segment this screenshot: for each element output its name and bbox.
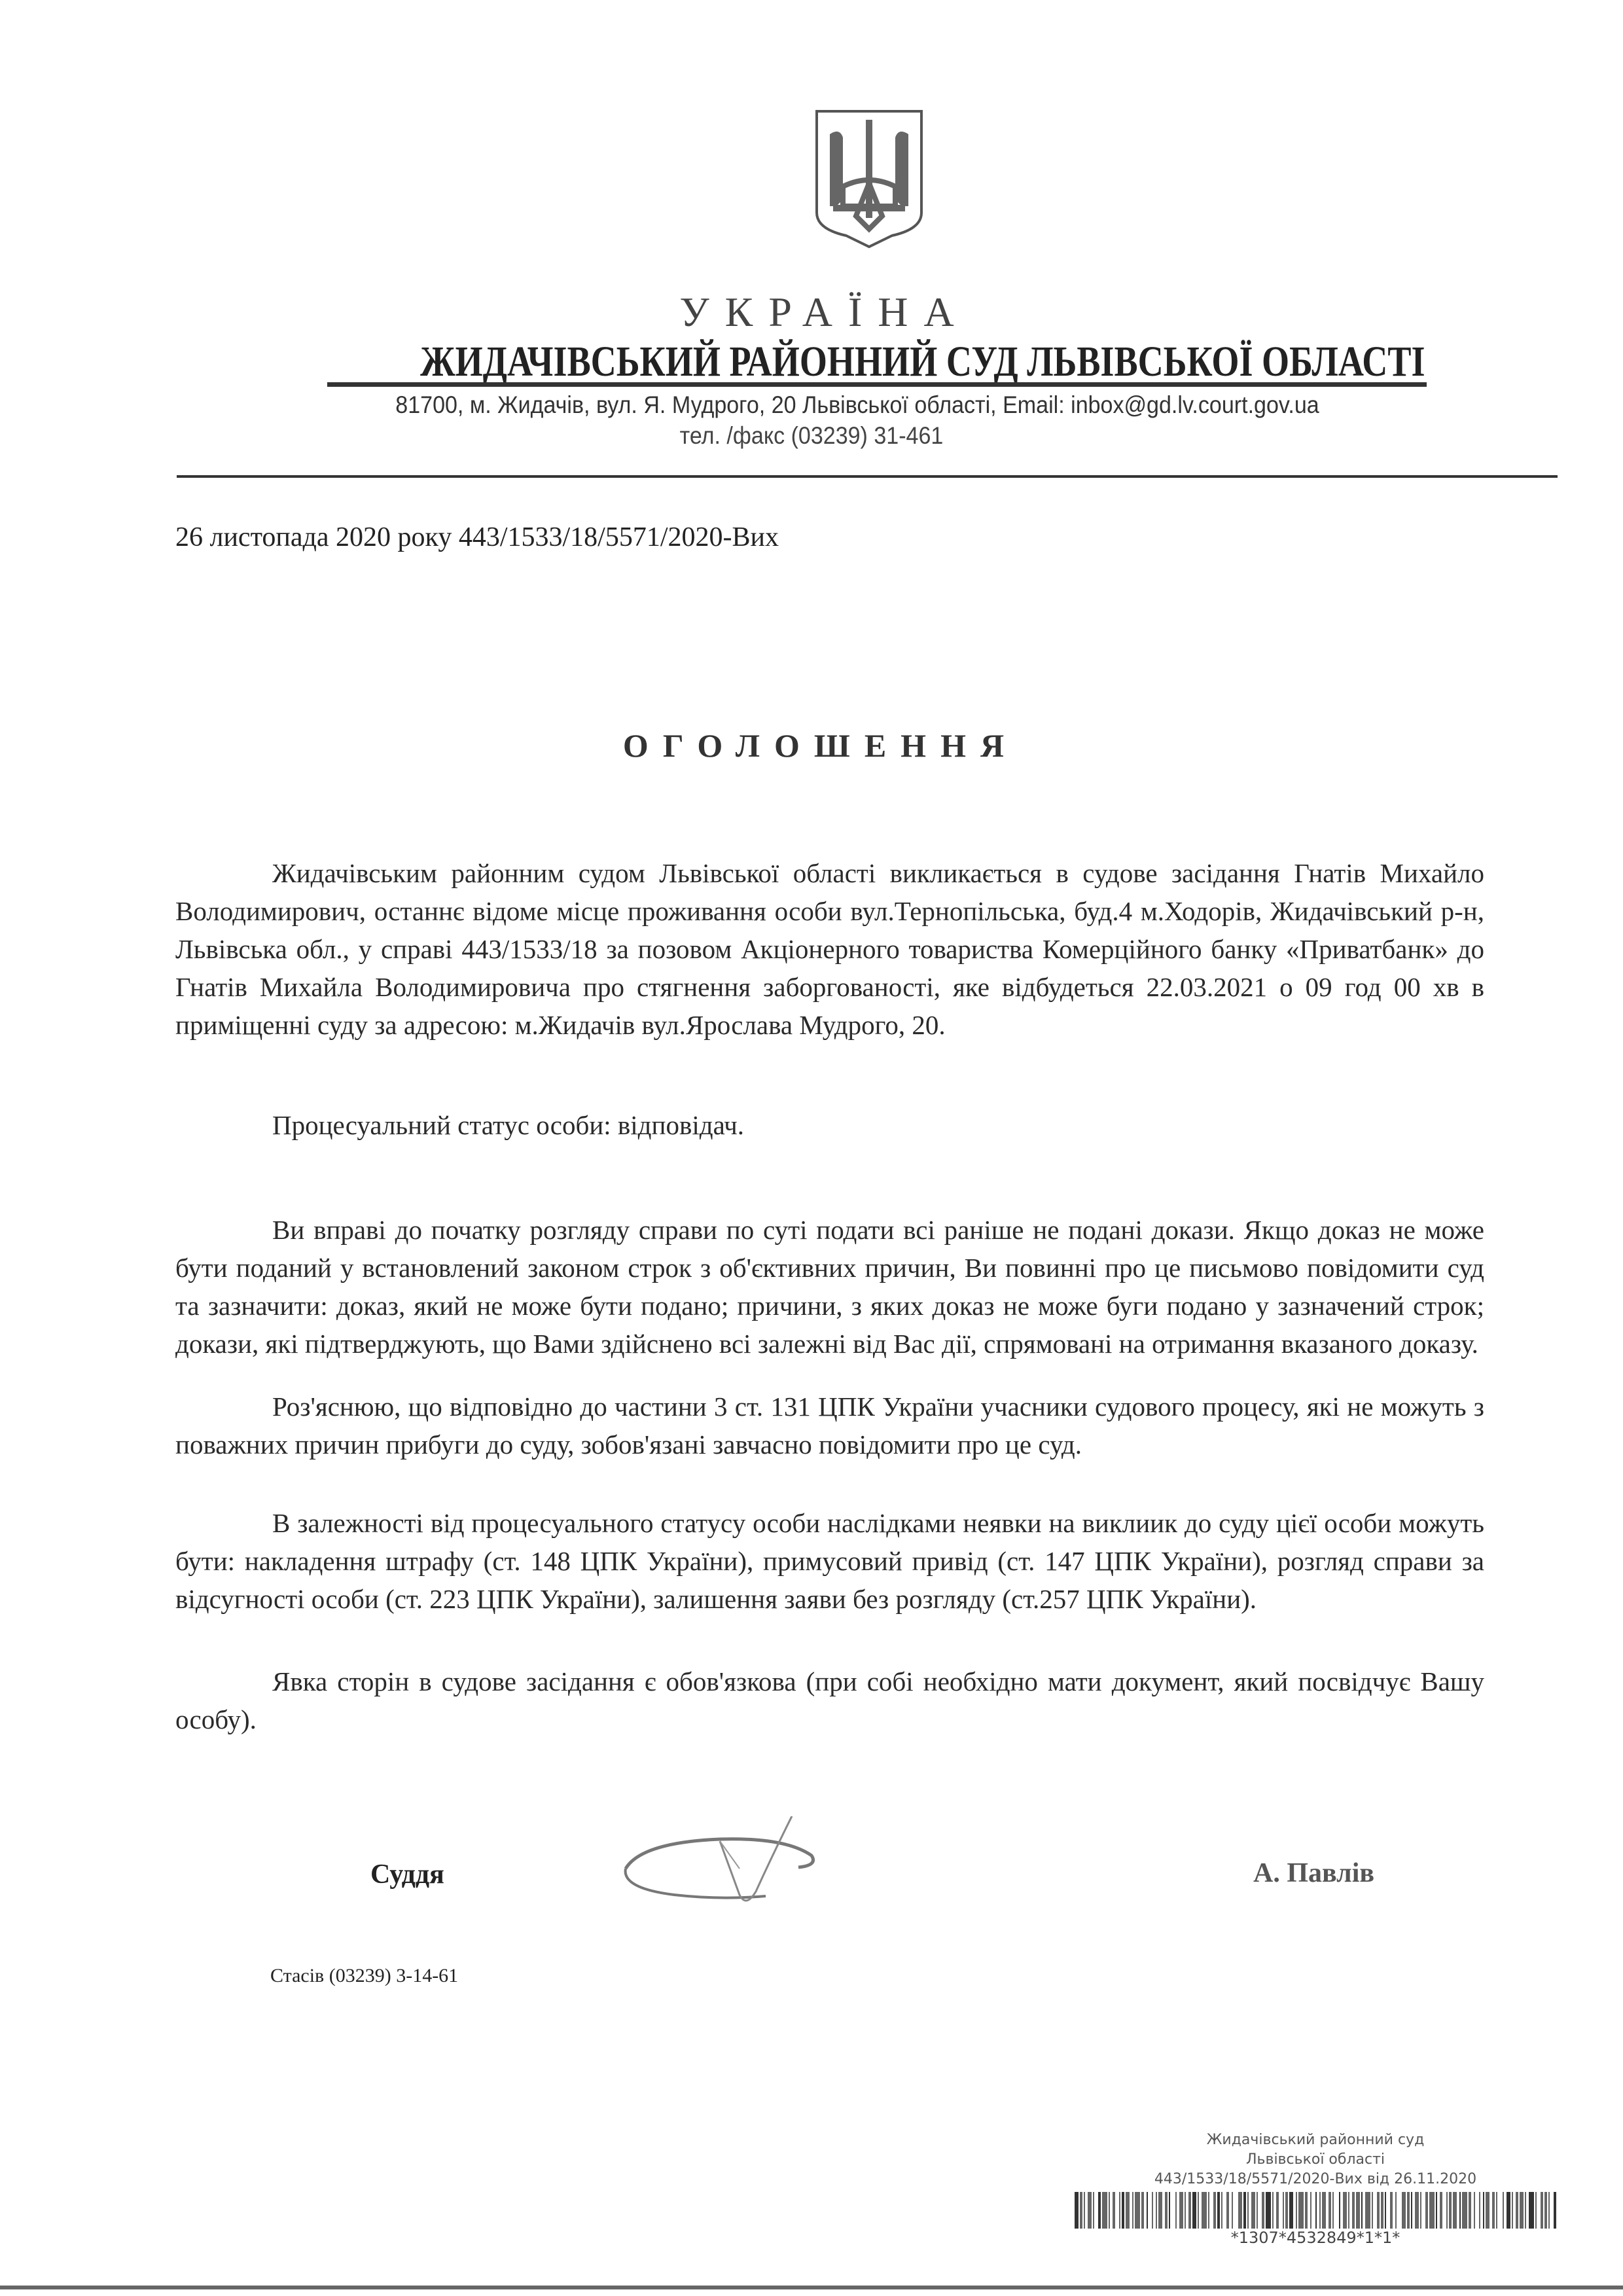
court-notice-page: УКРАЇНА ЖИДАЧІВСЬКИЙ РАЙОННИЙ СУД ЛЬВІВС… (0, 0, 1623, 2296)
country-name: УКРАЇНА (0, 288, 1623, 336)
paragraph-summons: Жидачівським районним судом Львівської о… (175, 854, 1484, 1044)
stamp-line: 443/1533/18/5571/2020-Вих від 26.11.2020 (1073, 2170, 1558, 2189)
stamp-line: Львівської області (1073, 2150, 1558, 2170)
court-phone: тел. /факс (03239) 31-461 (65, 422, 1558, 450)
court-address: 81700, м. Жидачів, вул. Я. Мудрого, 20 Л… (321, 391, 1393, 419)
barcode-number: *1307*4532849*1*1* (1073, 2229, 1558, 2247)
paragraph-attendance: Явка сторін в судове засідання є обов'яз… (175, 1662, 1484, 1738)
header-divider (177, 475, 1558, 478)
paragraph-consequences: В залежності від процесуального статусу … (175, 1504, 1484, 1618)
court-name: ЖИДАЧІВСЬКИЙ РАЙОННИЙ СУД ЛЬВІВСЬКОЇ ОБЛ… (420, 337, 1327, 387)
stamp-line: Жидачівський районний суд (1073, 2130, 1558, 2150)
paragraph-evidence: Ви вправі до початку розгляду справи по … (175, 1211, 1484, 1363)
document-title: ОГОЛОШЕННЯ (0, 726, 1623, 764)
coat-of-arms-icon (813, 108, 925, 251)
court-name-underline (327, 382, 1427, 387)
paragraph-text: Явка сторін в судове засідання є обов'яз… (175, 1662, 1484, 1738)
outgoing-date-number: 26 листопада 2020 року 443/1533/18/5571/… (175, 522, 779, 553)
judge-name: А. Павлів (1253, 1857, 1374, 1889)
paragraph-text: Жидачівським районним судом Львівської о… (175, 854, 1484, 1044)
paragraph-text: В залежності від процесуального статусу … (175, 1504, 1484, 1618)
paragraph-status: Процесуальний статус особи: відповідач. (175, 1106, 1484, 1144)
paragraph-text: Роз'яснюю, що відповідно до частини 3 ст… (175, 1388, 1484, 1463)
paragraph-text: Процесуальний статус особи: відповідач. (175, 1106, 1484, 1144)
executor-contact: Стасів (03239) 3-14-61 (270, 1965, 458, 1987)
signatory-role: Суддя (370, 1859, 444, 1890)
handwritten-signature-icon (615, 1816, 903, 1914)
scan-edge-line (0, 2286, 1623, 2289)
paragraph-text: Ви вправі до початку розгляду справи по … (175, 1211, 1484, 1363)
barcode-icon (1073, 2192, 1558, 2229)
registration-stamp: Жидачівський районний суд Львівської обл… (1073, 2130, 1558, 2247)
paragraph-explanation: Роз'яснюю, що відповідно до частини 3 ст… (175, 1388, 1484, 1463)
